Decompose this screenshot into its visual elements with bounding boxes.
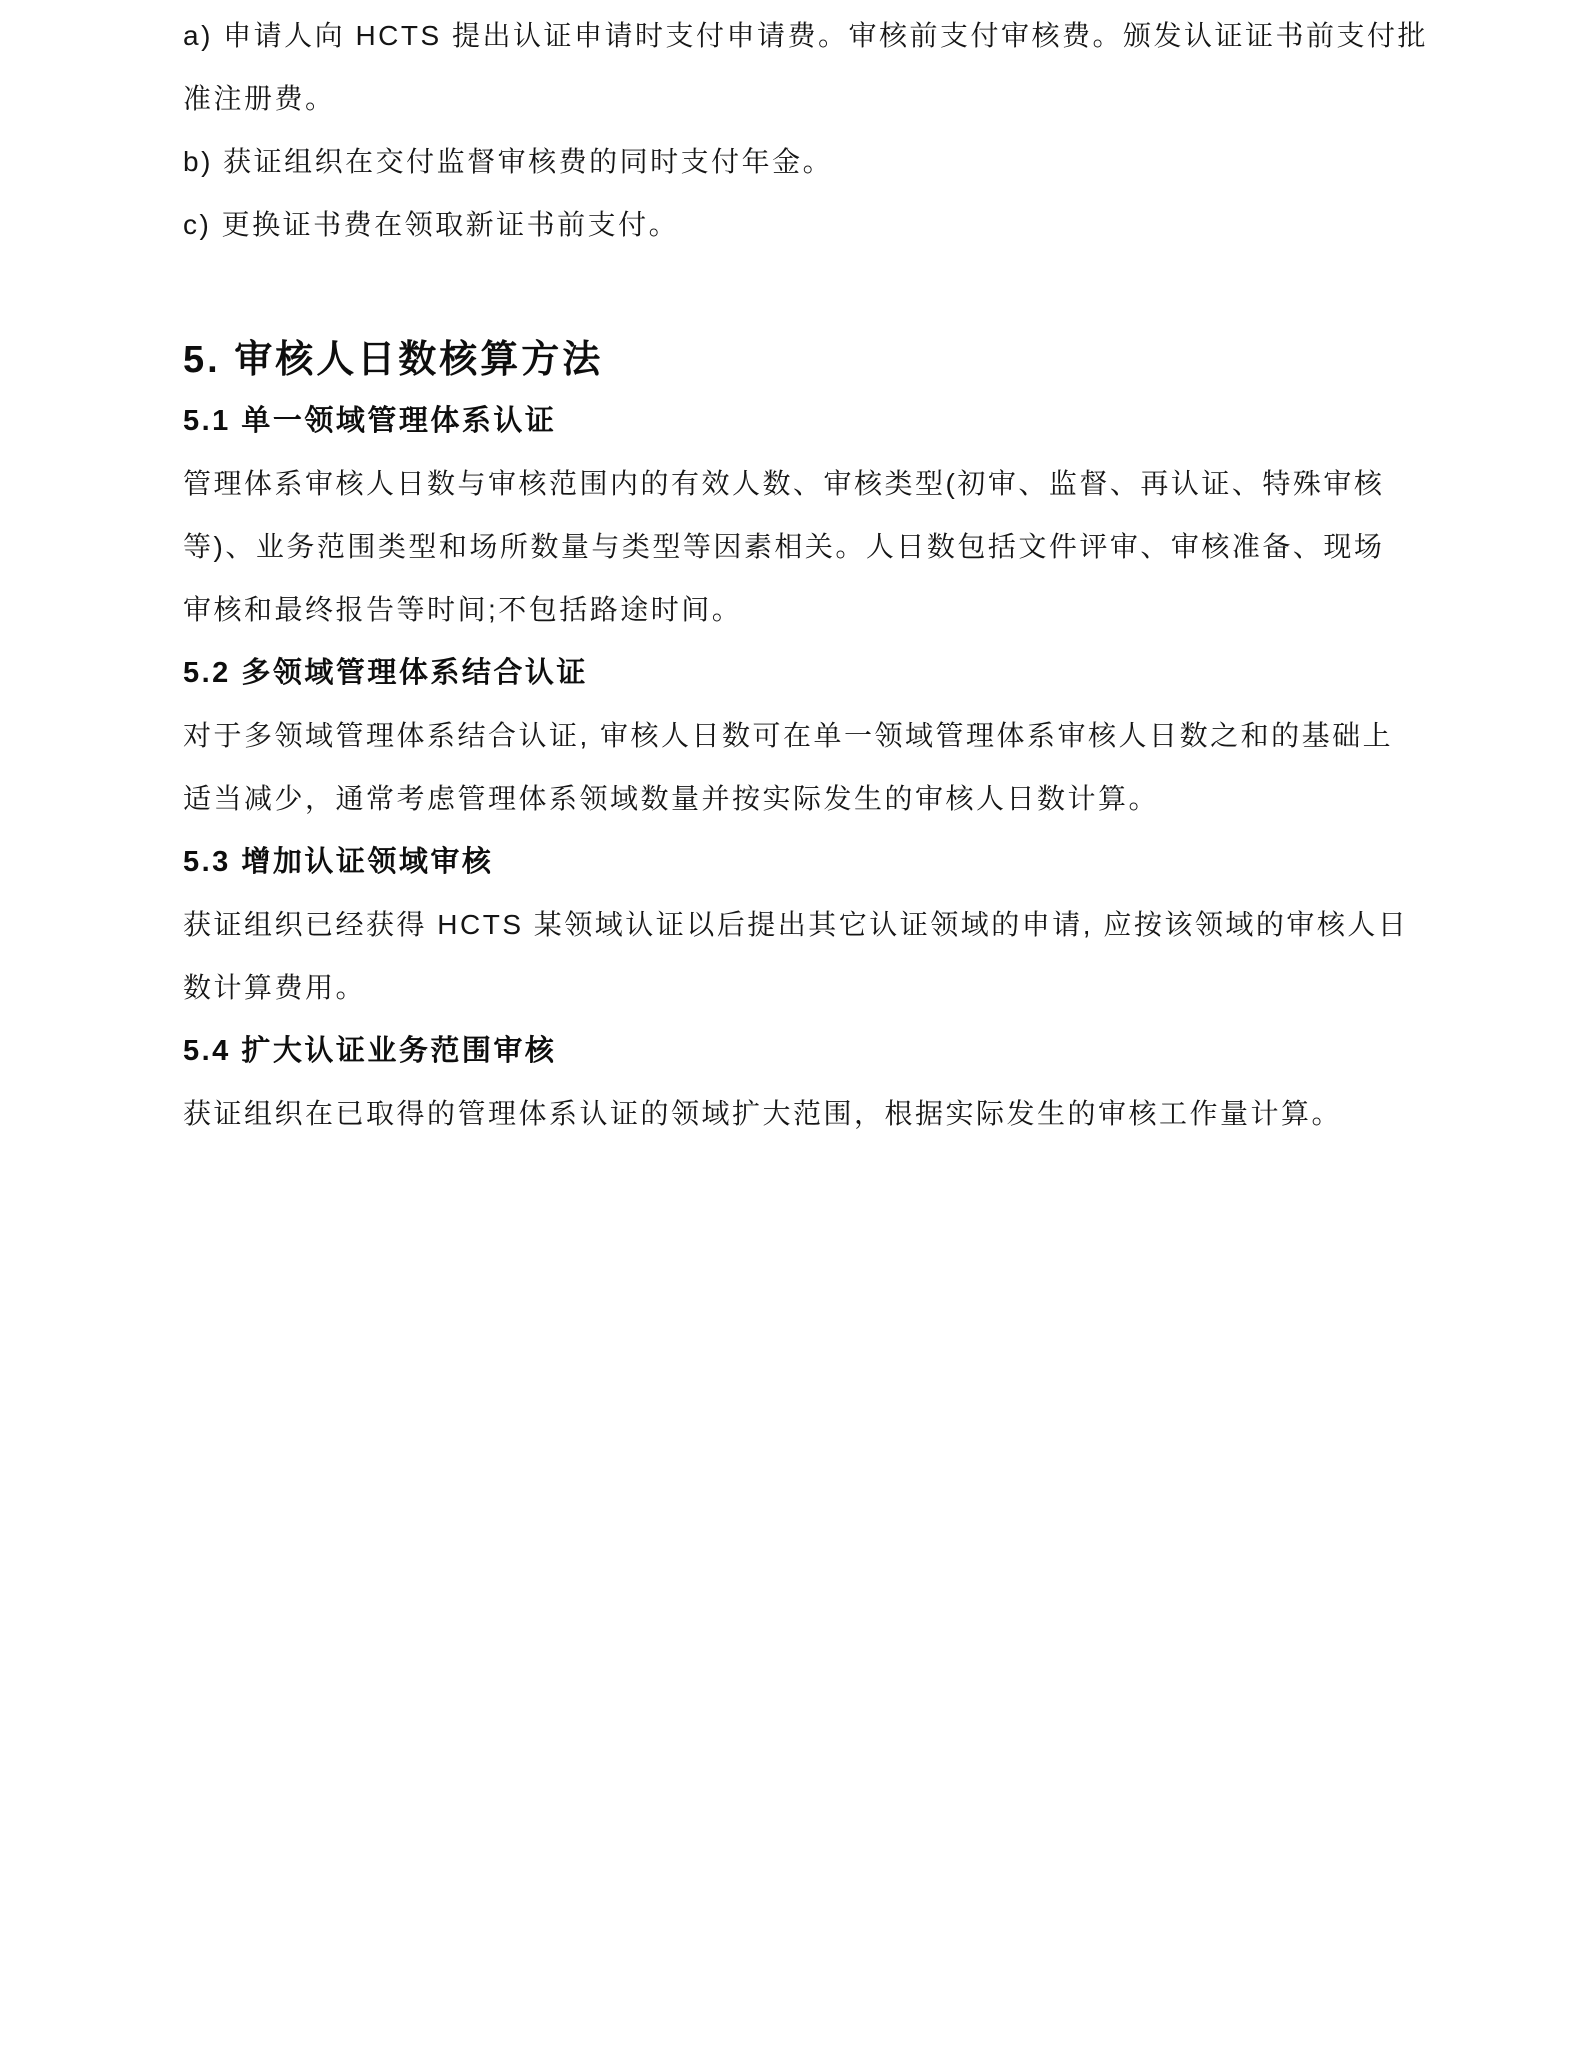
section-5-4-heading: 5.4 扩大认证业务范围审核	[183, 1017, 1473, 1080]
list-item-c: c) 更换证书费在领取新证书前支付。	[183, 191, 1473, 254]
list-item-b: b) 获证组织在交付监督审核费的同时支付年金。	[183, 128, 1473, 191]
section-5-heading: 5. 审核人日数核算方法	[183, 324, 1473, 387]
document-content: a) 申请人向 HCTS 提出认证申请时支付申请费。审核前支付审核费。颁发认证证…	[183, 2, 1473, 1143]
section-5-1-paragraph-line-1: 管理体系审核人日数与审核范围内的有效人数、审核类型(初审、监督、再认证、特殊审核	[183, 450, 1473, 513]
section-5-3-heading: 5.3 增加认证领域审核	[183, 828, 1473, 891]
section-5-4-paragraph-line-1: 获证组织在已取得的管理体系认证的领域扩大范围，根据实际发生的审核工作量计算。	[183, 1080, 1473, 1143]
blank-line	[183, 254, 1473, 324]
section-5-2-heading: 5.2 多领域管理体系结合认证	[183, 639, 1473, 702]
section-5-2-paragraph-line-2: 适当减少，通常考虑管理体系领域数量并按实际发生的审核人日数计算。	[183, 765, 1473, 828]
section-5-3-paragraph-line-2: 数计算费用。	[183, 954, 1473, 1017]
section-5-1-heading: 5.1 单一领域管理体系认证	[183, 387, 1473, 450]
section-5-1-paragraph-line-3: 审核和最终报告等时间;不包括路途时间。	[183, 576, 1473, 639]
section-5-3-paragraph-line-1: 获证组织已经获得 HCTS 某领域认证以后提出其它认证领域的申请, 应按该领域的…	[183, 891, 1473, 954]
section-5-1-paragraph-line-2: 等)、业务范围类型和场所数量与类型等因素相关。人日数包括文件评审、审核准备、现场	[183, 513, 1473, 576]
document-page: a) 申请人向 HCTS 提出认证申请时支付申请费。审核前支付审核费。颁发认证证…	[0, 0, 1587, 2049]
list-item-a-line-2: 准注册费。	[183, 65, 1473, 128]
list-item-a-line-1: a) 申请人向 HCTS 提出认证申请时支付申请费。审核前支付审核费。颁发认证证…	[183, 2, 1473, 65]
section-5-2-paragraph-line-1: 对于多领域管理体系结合认证, 审核人日数可在单一领域管理体系审核人日数之和的基础…	[183, 702, 1473, 765]
